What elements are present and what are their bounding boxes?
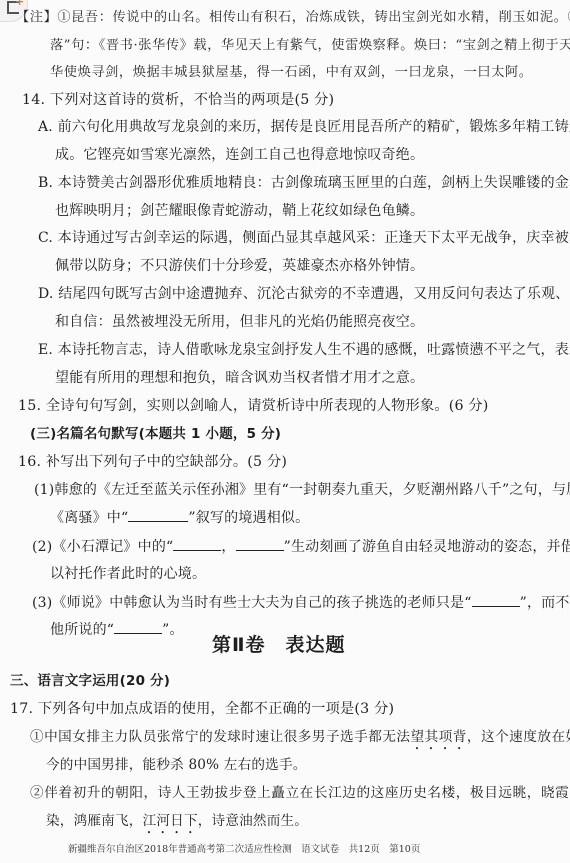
q17-sentence-1-text: ①中国女排主力队员张常宁的发球时速让很多男子选手都无法	[30, 729, 411, 745]
answer-blank[interactable]	[173, 536, 221, 551]
q16-part-3-suffix-2: ”。	[162, 622, 184, 638]
q17-sentence-1-line-2: 今的中国男排，能秒杀 80% 左右的选手。	[46, 755, 307, 775]
q16-part-2-prefix: (2)《小石潭记》中的“	[32, 539, 173, 555]
q17-sentence-2-line-1: ②伴着初升的朝阳，诗人王勃拔步登上矗立在长江边的这座历史名楼，极目远眺，晓霞尽	[30, 783, 570, 803]
question-14-stem: 14. 下列对这首诗的赏析，不恰当的两项是(5 分)	[22, 90, 334, 110]
answer-blank[interactable]	[472, 592, 520, 607]
option-a-line-2: 成。它铿亮如雪寒光凛然，连剑工自己也得意地惊叹奇绝。	[55, 145, 424, 165]
question-16-stem: 16. 补写出下列句子中的空缺部分。(5 分)	[18, 452, 287, 472]
dotted-idiom: 望其项背	[411, 729, 467, 745]
option-c-line-1: C. 本诗通过写古剑幸运的际遇，侧面凸显其卓越风采：正逢天下太平无战争，庆幸被君…	[38, 228, 570, 248]
page-footer: 新疆维吾尔自治区2018年普通高考第二次适应性检测 语文试卷 共12页 第10页	[68, 840, 420, 860]
q16-part-2-comma: ，	[221, 539, 235, 555]
q17-sentence-2-text-end: ，诗意油然而生。	[198, 813, 308, 829]
q17-sentence-1-text-end: ，这个速度放在如	[467, 729, 570, 745]
option-e-line-1: E. 本诗托物言志，诗人借歌咏龙泉宝剑抒发人生不遇的感慨，吐露愤懑不平之气，表达…	[38, 340, 570, 360]
q17-sentence-2-line-2: 染，鸿雁南飞，江河日下，诗意油然而生。	[46, 811, 308, 837]
answer-blank[interactable]	[128, 507, 188, 522]
question-17-stem: 17. 下列各句中加点成语的使用，全都不正确的一项是(3 分)	[10, 699, 394, 719]
q16-part-1-suffix: ”叙写的境遇相似。	[188, 510, 309, 526]
part-2-title: 第Ⅱ卷 表达题	[212, 632, 346, 658]
q16-part-2-line-1: (2)《小石潭记》中的“，”生动刻画了游鱼自由轻灵地游动的姿态，并借	[32, 536, 570, 557]
section-heading-language: 三、语言文字运用(20 分)	[10, 671, 170, 691]
exam-page: + 【注】①昆吾：传说中的山名。相传山有积石，冶炼成铁，铸出宝剑光如水精，削玉如…	[0, 0, 570, 863]
q16-part-3-line-2: 他所说的“”。	[50, 619, 184, 640]
q16-part-2-suffix: ”生动刻画了游鱼自由轻灵地游动的姿态，并借	[284, 539, 570, 555]
section-heading-recitation: (三)名篇名句默写(本题共 1 小题，5 分)	[30, 424, 281, 444]
option-e-line-2: 望能有所用的理想和抱负，暗含讽劝当权者惜才用才之意。	[55, 368, 424, 388]
question-15: 15. 全诗句句写剑，实则以剑喻人，请赏析诗中所表现的人物形象。(6 分)	[18, 396, 489, 416]
q16-part-3-suffix: ”，而不是	[520, 595, 570, 611]
option-b-line-1: B. 本诗赞美古剑器形优雅质地精良：古剑像琉璃玉匣里的白莲，剑柄上失误雕镂的金环…	[38, 173, 570, 193]
q16-part-1-line-2: 《离骚》中“”叙写的境遇相似。	[50, 507, 309, 528]
q16-part-2-line-2: 以衬托作者此时的心境。	[50, 564, 206, 584]
dotted-idiom: 江河日下	[143, 813, 198, 829]
q17-sentence-1-line-1: ①中国女排主力队员张常宁的发球时速让很多男子选手都无法望其项背，这个速度放在如	[30, 727, 570, 753]
option-b-line-2: 也辉映明月；剑芒耀眼像青蛇游动，鞘上花纹如绿色龟鳞。	[55, 201, 424, 221]
option-d-line-1: D. 结尾四句既写古剑中途遭抛弃、沉沦古狱旁的不幸遭遇，又用反问句表达了乐观、坚…	[38, 284, 570, 304]
q16-part-3-prefix-2: 他所说的“	[50, 622, 114, 638]
annotation-line-2: 落”句：《晋书·张华传》载，华见天上有紫气，使雷焕察释。焕曰：“宝剑之精上彻于天…	[50, 36, 570, 56]
option-c-line-2: 佩带以防身；不只游侠们十分珍爱，英雄豪杰亦格外钟情。	[55, 256, 424, 276]
annotation-line-3: 华使焕寻剑，焕据丰城县狱屋基，得一石函，中有双剑，一曰龙泉，一曰太阿。	[50, 63, 533, 83]
q16-part-1-line-1: (1)韩愈的《左迁至蓝关示侄孙湘》里有“一封朝奏九重天，夕贬潮州路八千”之句，与…	[34, 480, 570, 500]
answer-blank[interactable]	[236, 536, 284, 551]
answer-blank[interactable]	[114, 619, 162, 634]
q17-sentence-2-text: 染，鸿雁南飞，	[46, 813, 143, 829]
q16-part-1-prefix: 《离骚》中“	[50, 510, 128, 526]
option-a-line-1: A. 前六句化用典故写龙泉剑的来历，据传是良匠用昆吾所产的精矿，锻炼多年精工铸造…	[38, 117, 570, 137]
q16-part-3-prefix: (3)《师说》中韩愈认为当时有些士大夫为自己的孩子挑选的老师只是“	[32, 595, 472, 611]
annotation-line-1: 【注】①昆吾：传说中的山名。相传山有积石，冶炼成铁，铸出宝剑光如水精，削玉如泥。…	[16, 8, 570, 28]
option-d-line-2: 和自信：虽然被埋没无所用，但非凡的光焰仍能照亮夜空。	[55, 312, 424, 332]
q16-part-3-line-1: (3)《师说》中韩愈认为当时有些士大夫为自己的孩子挑选的老师只是“”，而不是	[32, 592, 570, 613]
